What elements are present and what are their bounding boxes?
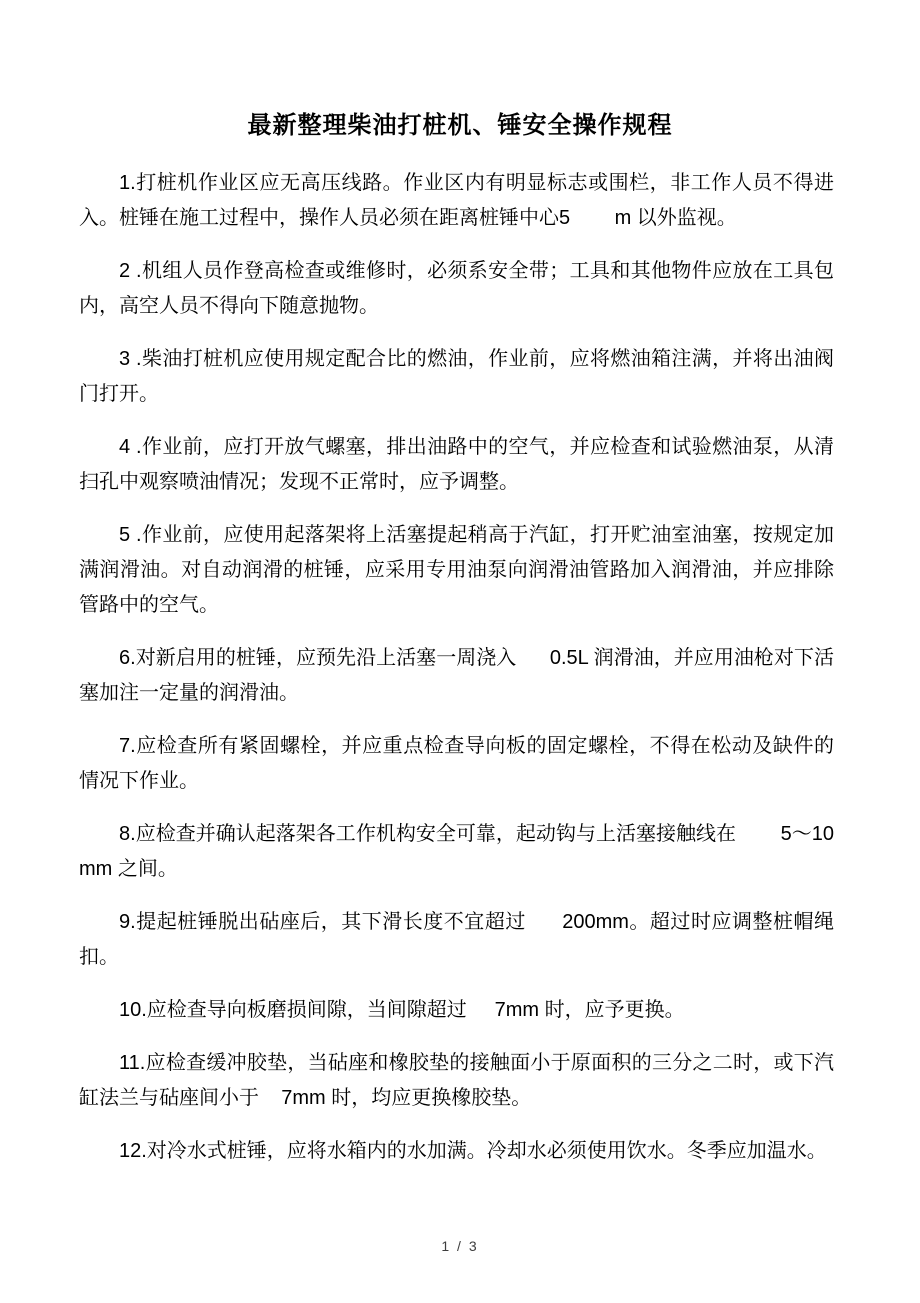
paragraph-5: 5 .作业前，应使用起落架将上活塞提起稍高于汽缸，打开贮油室油塞，按规定加满润滑… [79, 518, 834, 623]
paragraph-8: 8.应检查并确认起落架各工作机构安全可靠，起动钩与上活塞接触线在 5～10mm … [79, 817, 834, 887]
document-body: 1.打桩机作业区应无高压线路。作业区内有明显标志或围栏，非工作人员不得进入。桩锤… [79, 166, 834, 1169]
paragraph-1: 1.打桩机作业区应无高压线路。作业区内有明显标志或围栏，非工作人员不得进入。桩锤… [79, 166, 834, 236]
paragraph-6: 6.对新启用的桩锤，应预先沿上活塞一周浇入 0.5L 润滑油，并应用油枪对下活塞… [79, 641, 834, 711]
paragraph-2: 2 .机组人员作登高检查或维修时，必须系安全带；工具和其他物件应放在工具包内，高… [79, 254, 834, 324]
paragraph-3: 3 .柴油打桩机应使用规定配合比的燃油，作业前，应将燃油箱注满，并将出油阀门打开… [79, 342, 834, 412]
paragraph-10: 10.应检查导向板磨损间隙，当间隙超过 7mm 时，应予更换。 [79, 993, 834, 1028]
document-title: 最新整理柴油打桩机、锤安全操作规程 [0, 0, 920, 144]
paragraph-9: 9.提起桩锤脱出砧座后，其下滑长度不宜超过 200mm。超过时应调整桩帽绳扣。 [79, 905, 834, 975]
page-number: 1 / 3 [441, 1238, 478, 1254]
document-page: 最新整理柴油打桩机、锤安全操作规程 1.打桩机作业区应无高压线路。作业区内有明显… [0, 0, 920, 1303]
page-footer: 1 / 3 [0, 1238, 920, 1254]
paragraph-7: 7.应检查所有紧固螺栓，并应重点检查导向板的固定螺栓，不得在松动及缺件的情况下作… [79, 729, 834, 799]
paragraph-12: 12.对冷水式桩锤，应将水箱内的水加满。冷却水必须使用饮水。冬季应加温水。 [79, 1134, 834, 1169]
paragraph-11: 11.应检查缓冲胶垫，当砧座和橡胶垫的接触面小于原面积的三分之二时，或下汽缸法兰… [79, 1046, 834, 1116]
paragraph-4: 4 .作业前，应打开放气螺塞，排出油路中的空气，并应检查和试验燃油泵，从清扫孔中… [79, 430, 834, 500]
